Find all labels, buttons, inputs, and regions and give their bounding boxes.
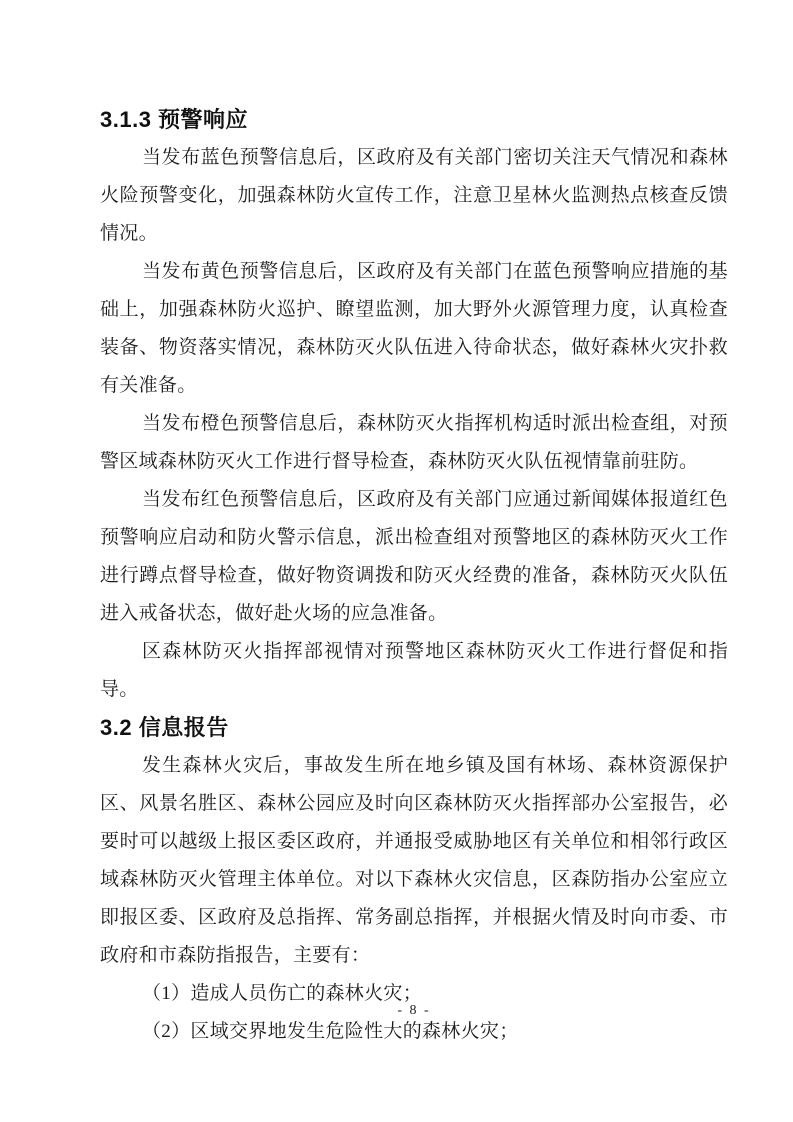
paragraph-yellow-warning: 当发布黄色预警信息后，区政府及有关部门在蓝色预警响应措施的基础上，加强森林防火巡… bbox=[100, 253, 728, 405]
paragraph-red-warning: 当发布红色预警信息后，区政府及有关部门应通过新闻媒体报道红色预警响应启动和防火警… bbox=[100, 481, 728, 633]
section-heading-3-2: 3.2 信息报告 bbox=[100, 709, 728, 747]
paragraph-blue-warning: 当发布蓝色预警信息后，区政府及有关部门密切关注天气情况和森林火险预警变化，加强森… bbox=[100, 139, 728, 253]
paragraph-orange-warning: 当发布橙色预警信息后，森林防灭火指挥机构适时派出检查组，对预警区域森林防灭火工作… bbox=[100, 405, 728, 481]
document-body: 3.1.3 预警响应 当发布蓝色预警信息后，区政府及有关部门密切关注天气情况和森… bbox=[100, 101, 728, 1051]
section-heading-3-1-3: 3.1.3 预警响应 bbox=[100, 101, 728, 139]
paragraph-supervision: 区森林防灭火指挥部视情对预警地区森林防灭火工作进行督促和指导。 bbox=[100, 633, 728, 709]
page-number: - 8 - bbox=[100, 1001, 728, 1021]
paragraph-information-report: 发生森林火灾后，事故发生所在地乡镇及国有林场、森林资源保护区、风景名胜区、森林公… bbox=[100, 747, 728, 975]
document-page: 3.1.3 预警响应 当发布蓝色预警信息后，区政府及有关部门密切关注天气情况和森… bbox=[0, 0, 793, 1122]
